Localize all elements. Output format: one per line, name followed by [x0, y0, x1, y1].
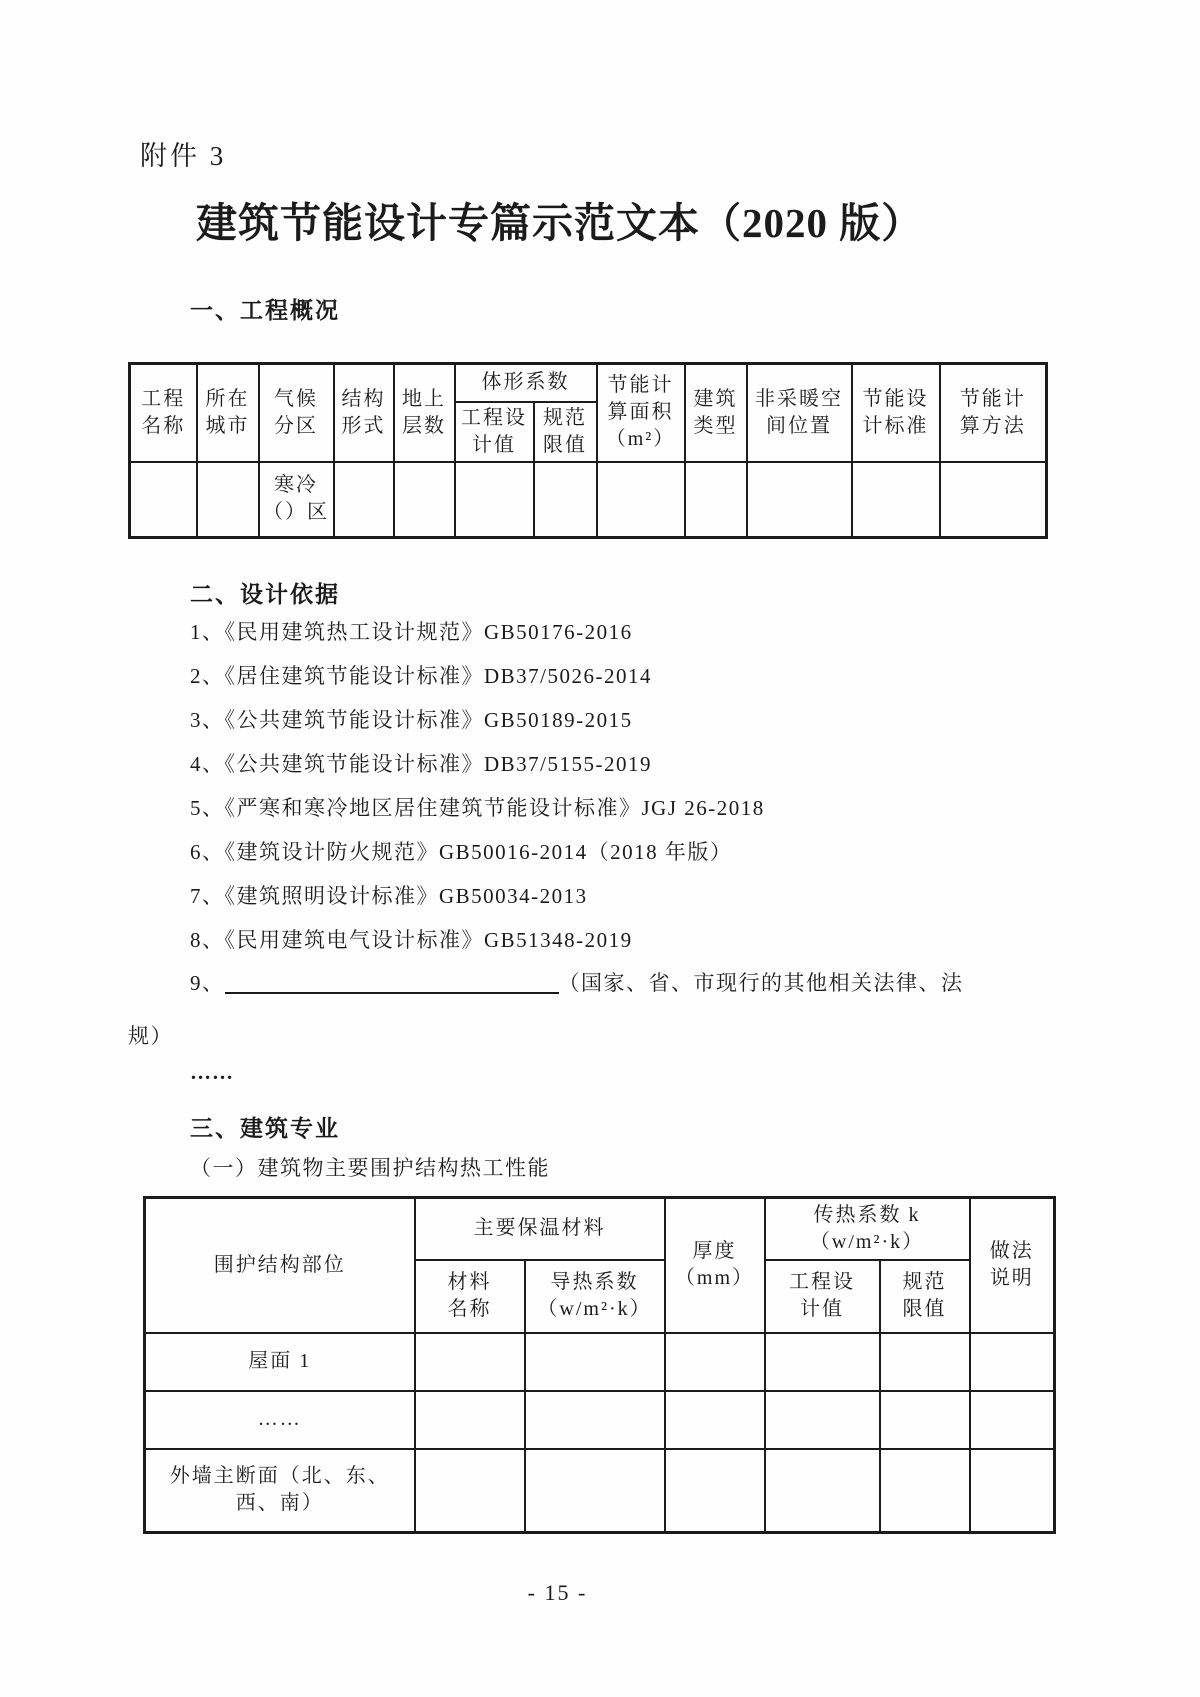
- row-exterior-wall-label: 外墙主断面（北、东、 西、南）: [145, 1449, 415, 1533]
- list-item: 2、《居住建筑节能设计标准》DB37/5026-2014: [128, 662, 1050, 691]
- th-unheated-space: 非采暖空 间位置: [747, 364, 852, 462]
- th-building-type: 建筑 类型: [685, 364, 747, 462]
- cell-calc-method: [940, 462, 1047, 538]
- blank-fill-line: [225, 992, 559, 994]
- th-calc-method: 节能计 算方法: [940, 364, 1047, 462]
- cell-empty: [765, 1333, 880, 1391]
- cell-empty: [415, 1333, 525, 1391]
- th-design-standard: 节能设 计标准: [852, 364, 940, 462]
- cell-empty: [665, 1449, 765, 1533]
- list-item: 1、《民用建筑热工设计规范》GB50176-2016: [128, 618, 1050, 647]
- ellipsis-text: ……: [190, 1060, 234, 1085]
- th-material-name: 材料 名称: [415, 1260, 525, 1333]
- th-climate-zone: 气候 分区: [259, 364, 334, 462]
- page-number: - 15 -: [0, 1580, 1115, 1606]
- cell-empty: [970, 1391, 1055, 1449]
- section3-subheading: （一）建筑物主要围护结构热工性能: [190, 1152, 550, 1182]
- cell-empty: [970, 1333, 1055, 1391]
- th-thickness: 厚度 （mm）: [665, 1198, 765, 1333]
- cell-floors-above: [394, 462, 455, 538]
- cell-empty: [970, 1449, 1055, 1533]
- cell-empty: [765, 1391, 880, 1449]
- item9-number: 9、: [190, 971, 225, 995]
- page-title: 建筑节能设计专篇示范文本（2020 版）: [196, 190, 923, 249]
- cell-empty: [415, 1449, 525, 1533]
- cell-climate-zone: 寒冷 （）区: [259, 462, 334, 538]
- cell-empty: [880, 1333, 970, 1391]
- project-overview-table: 工程 名称 所在 城市 气候 分区 结构 形式 地上 层数 体形系数 节能计 算…: [128, 362, 1048, 539]
- th-structure-type: 结构 形式: [334, 364, 394, 462]
- item9-note-continued: 规）: [128, 1020, 173, 1050]
- cell-structure-type: [334, 462, 394, 538]
- section2-heading: 二、设计依据: [190, 576, 340, 609]
- th-floors-above: 地上 层数: [394, 364, 455, 462]
- th-insulation-material: 主要保温材料: [415, 1198, 665, 1260]
- cell-empty: [765, 1449, 880, 1533]
- list-item: 3、《公共建筑节能设计标准》GB50189-2015: [128, 706, 1050, 735]
- th-calc-area: 节能计 算面积 （m²）: [597, 364, 685, 462]
- th-method-note: 做法 说明: [970, 1198, 1055, 1333]
- cell-design-value: [455, 462, 534, 538]
- th-code-limit2: 规范 限值: [880, 1260, 970, 1333]
- th-project-name: 工程 名称: [130, 364, 197, 462]
- attachment-label: 附件 3: [140, 134, 226, 173]
- th-city: 所在 城市: [197, 364, 259, 462]
- cell-empty: [525, 1333, 665, 1391]
- section1-heading: 一、工程概况: [190, 292, 340, 325]
- cell-design-standard: [852, 462, 940, 538]
- th-design-value2: 工程设 计值: [765, 1260, 880, 1333]
- row-ellipsis-label: ……: [145, 1391, 415, 1449]
- th-shape-coefficient: 体形系数: [455, 364, 597, 402]
- th-envelope-part: 围护结构部位: [145, 1198, 415, 1333]
- cell-city: [197, 462, 259, 538]
- cell-calc-area: [597, 462, 685, 538]
- list-item: 7、《建筑照明设计标准》GB50034-2013: [128, 882, 1050, 911]
- section3-heading: 三、建筑专业: [190, 1110, 340, 1143]
- list-item: 6、《建筑设计防火规范》GB50016-2014（2018 年版）: [128, 838, 1050, 867]
- row-roof-label: 屋面 1: [145, 1333, 415, 1391]
- list-item: 5、《严寒和寒冷地区居住建筑节能设计标准》JGJ 26-2018: [128, 794, 1050, 823]
- list-item-9: 9、（国家、省、市现行的其他相关法律、法: [128, 969, 1050, 998]
- item9-note: （国家、省、市现行的其他相关法律、法: [559, 971, 964, 995]
- list-item: 4、《公共建筑节能设计标准》DB37/5155-2019: [128, 750, 1050, 779]
- th-code-limit: 规范 限值: [534, 402, 597, 462]
- cell-unheated-space: [747, 462, 852, 538]
- cell-empty: [880, 1449, 970, 1533]
- th-thermal-conductivity: 导热系数 （w/m²·k）: [525, 1260, 665, 1333]
- cell-empty: [880, 1391, 970, 1449]
- cell-empty: [525, 1449, 665, 1533]
- th-heat-transfer-k: 传热系数 k （w/m²·k）: [765, 1198, 970, 1260]
- design-basis-list: 1、《民用建筑热工设计规范》GB50176-2016 2、《居住建筑节能设计标准…: [128, 618, 1050, 970]
- envelope-thermal-table: 围护结构部位 主要保温材料 厚度 （mm） 传热系数 k （w/m²·k） 做法…: [143, 1196, 1056, 1534]
- th-design-value: 工程设 计值: [455, 402, 534, 462]
- cell-building-type: [685, 462, 747, 538]
- list-item: 8、《民用建筑电气设计标准》GB51348-2019: [128, 926, 1050, 955]
- cell-code-limit: [534, 462, 597, 538]
- cell-empty: [415, 1391, 525, 1449]
- cell-project-name: [130, 462, 197, 538]
- cell-empty: [665, 1333, 765, 1391]
- document-page: 附件 3 建筑节能设计专篇示范文本（2020 版） 一、工程概况 工程 名称 所…: [0, 0, 1200, 1697]
- cell-empty: [525, 1391, 665, 1449]
- cell-empty: [665, 1391, 765, 1449]
